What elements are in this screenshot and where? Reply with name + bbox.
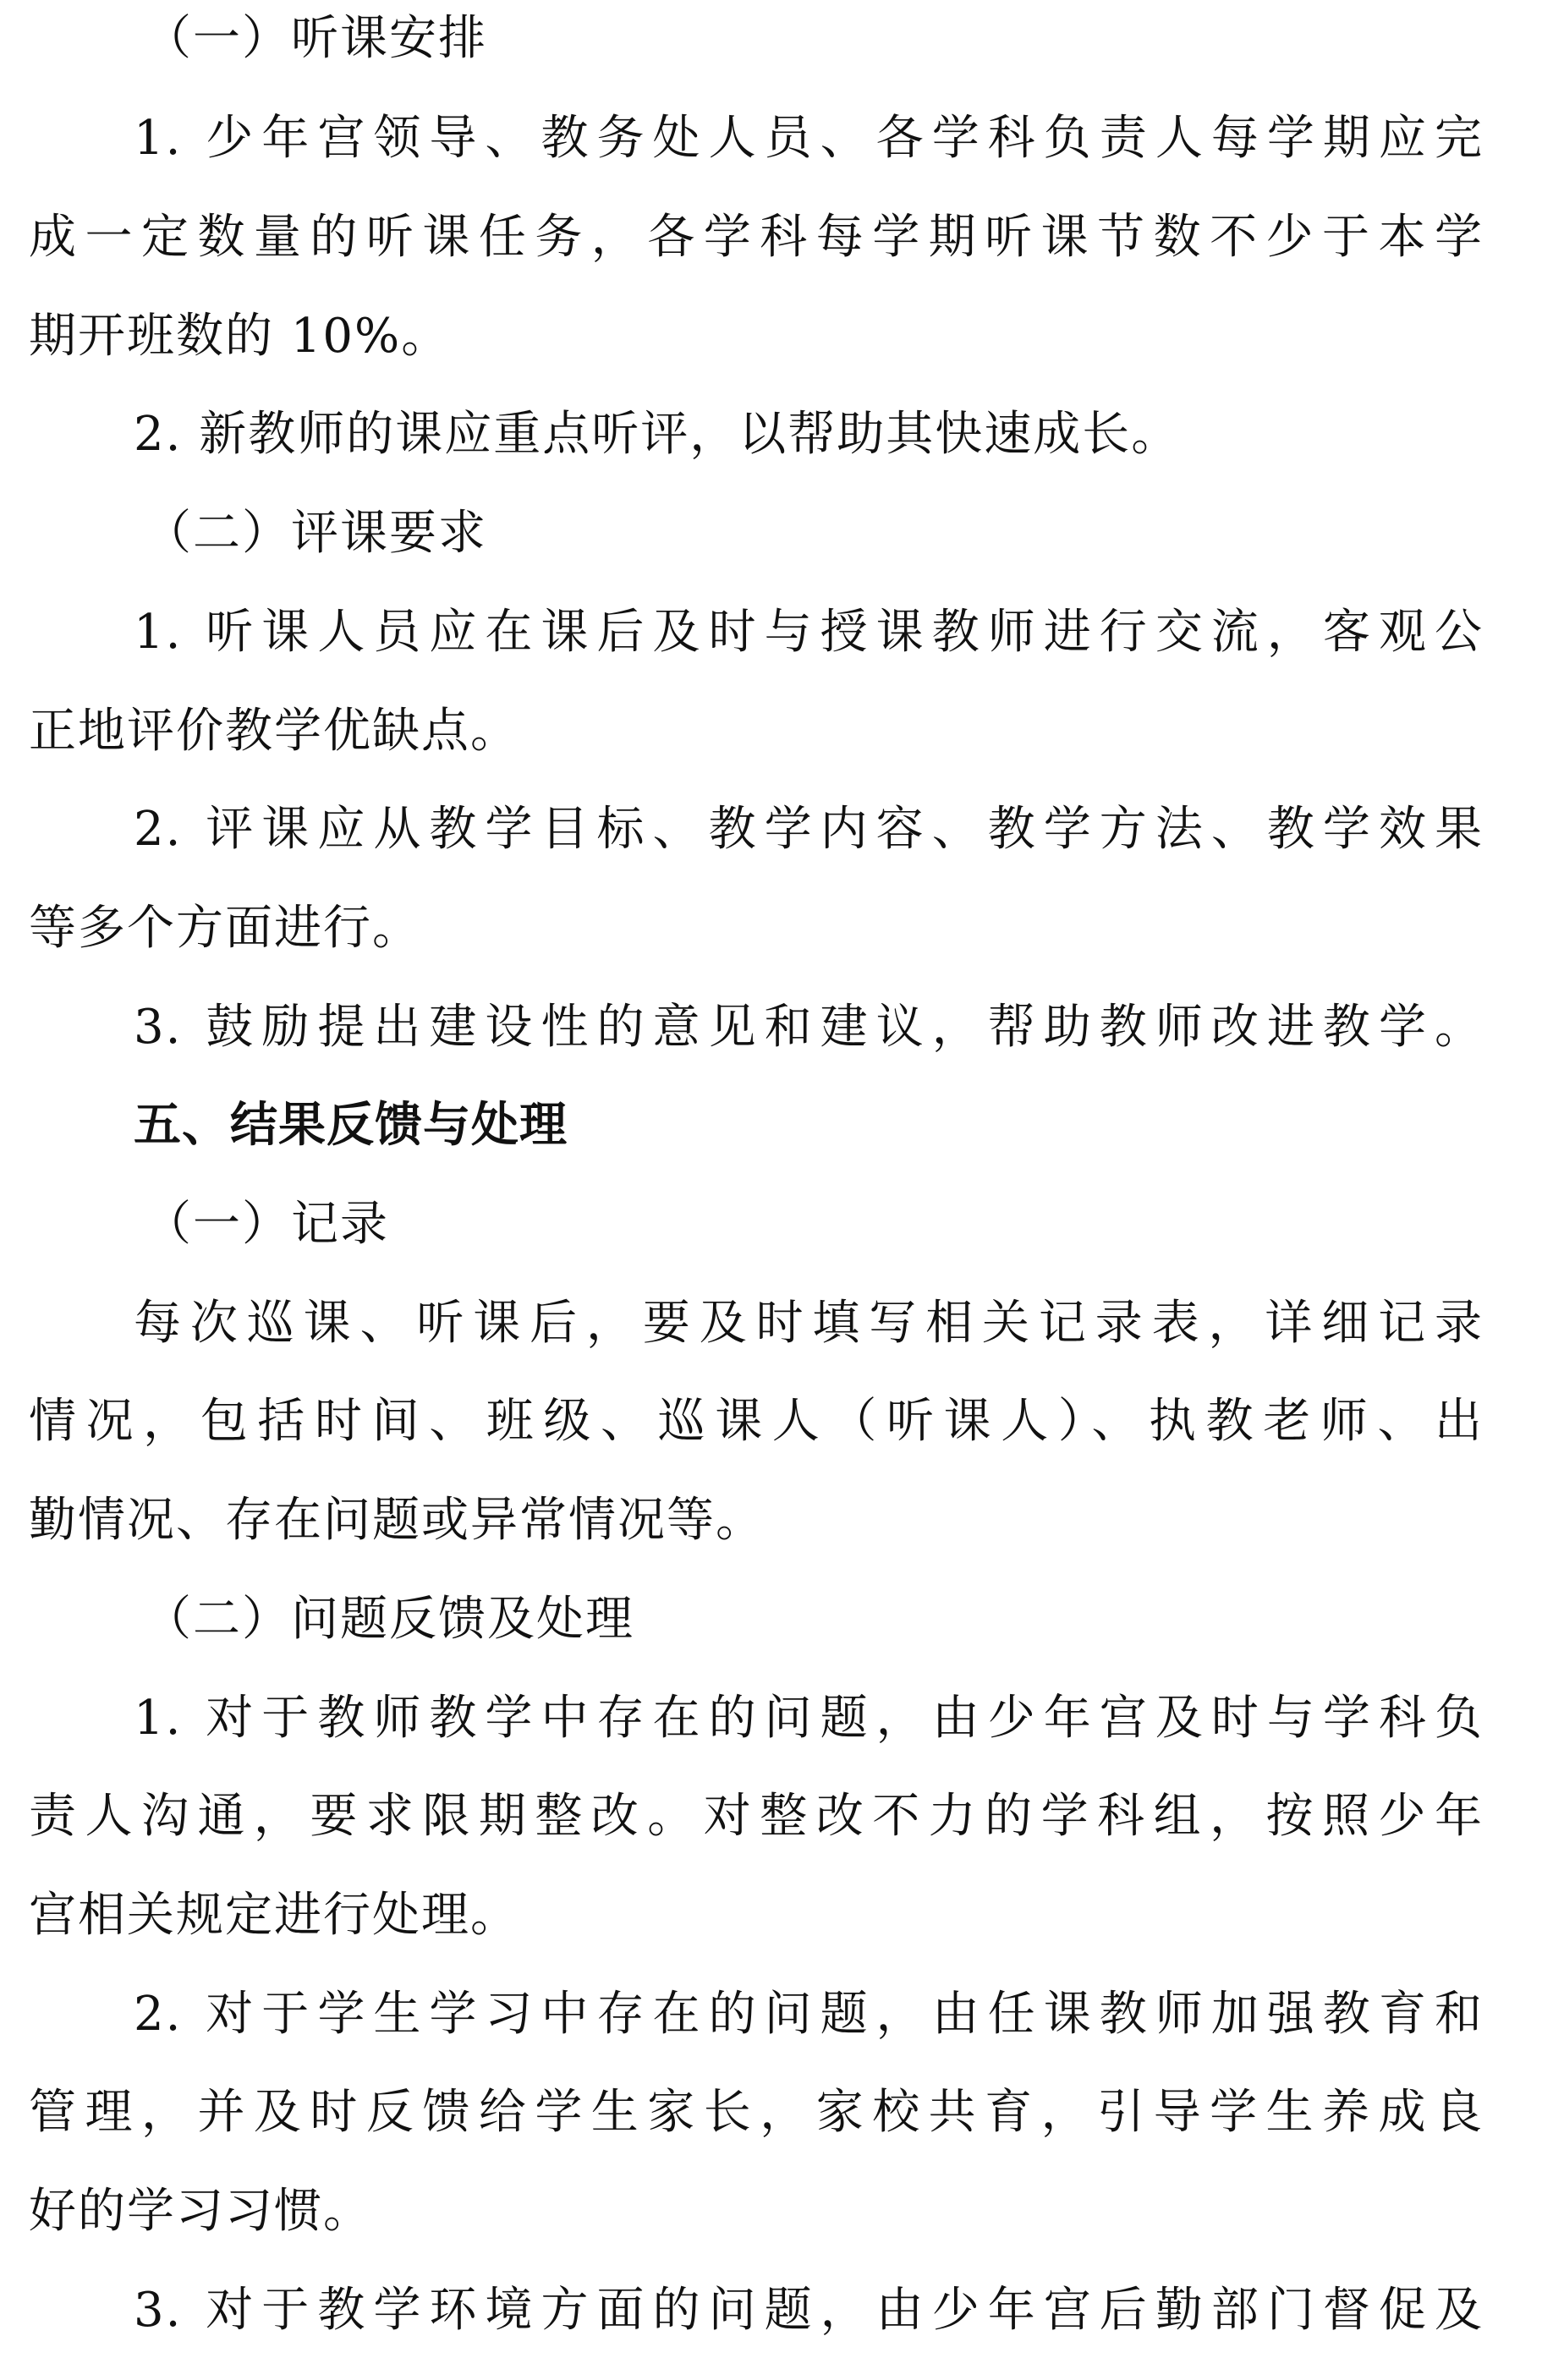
paragraph-line: 3. 鼓励提出建设性的意见和建议，帮助教师改进教学。 [134, 997, 1484, 1058]
paragraph-line: 等多个方面进行。 [29, 898, 1517, 959]
chapter-heading-result-feedback: 五、结果反馈与处理 [134, 1095, 1553, 1156]
subsection-heading-evaluation-requirements: （二）评课要求 [144, 503, 1553, 564]
paragraph-line: 正地评价教学优缺点。 [29, 701, 1517, 762]
paragraph-line: 3. 对于教学环境方面的问题，由少年宫后勤部门督促及 [134, 2280, 1484, 2341]
paragraph-line: 1. 对于教师教学中存在的问题，由少年宫及时与学科负 [134, 1688, 1484, 1749]
paragraph-line: 1. 听课人员应在课后及时与授课教师进行交流，客观公 [134, 602, 1484, 663]
paragraph-line: 每次巡课、听课后，要及时填写相关记录表，详细记录 [134, 1293, 1484, 1354]
paragraph-line: 2. 对于学生学习中存在的问题，由任课教师加强教育和 [134, 1984, 1484, 2045]
subsection-heading-records: （一）记录 [144, 1194, 1553, 1255]
paragraph-line: 好的学习习惯。 [29, 2181, 1517, 2242]
paragraph-line: 2. 新教师的课应重点听评，以帮助其快速成长。 [134, 404, 1553, 465]
paragraph-line: 勤情况、存在问题或异常情况等。 [29, 1490, 1517, 1551]
paragraph-line: 1. 少年宫领导、教务处人员、各学科负责人每学期应完 [134, 108, 1484, 169]
paragraph-line: 责人沟通，要求限期整改。对整改不力的学科组，按照少年 [29, 1786, 1484, 1847]
subsection-heading-listening-arrangement: （一）听课安排 [144, 8, 1553, 69]
paragraph-line: 管理，并及时反馈给学生家长，家校共育，引导学生养成良 [29, 2082, 1484, 2143]
subsection-heading-problem-feedback: （二）问题反馈及处理 [144, 1589, 1553, 1650]
document-page: （一）听课安排 1. 少年宫领导、教务处人员、各学科负责人每学期应完 成一定数量… [0, 0, 1553, 2380]
paragraph-line: 2. 评课应从教学目标、教学内容、教学方法、教学效果 [134, 799, 1484, 860]
paragraph-line: 宫相关规定进行处理。 [29, 1885, 1517, 1946]
paragraph-line: 期开班数的 10%。 [29, 306, 1517, 367]
paragraph-line: 成一定数量的听课任务，各学科每学期听课节数不少于本学 [29, 207, 1484, 268]
paragraph-line: 情况，包括时间、班级、巡课人（听课人）、执教老师、出 [29, 1391, 1484, 1452]
